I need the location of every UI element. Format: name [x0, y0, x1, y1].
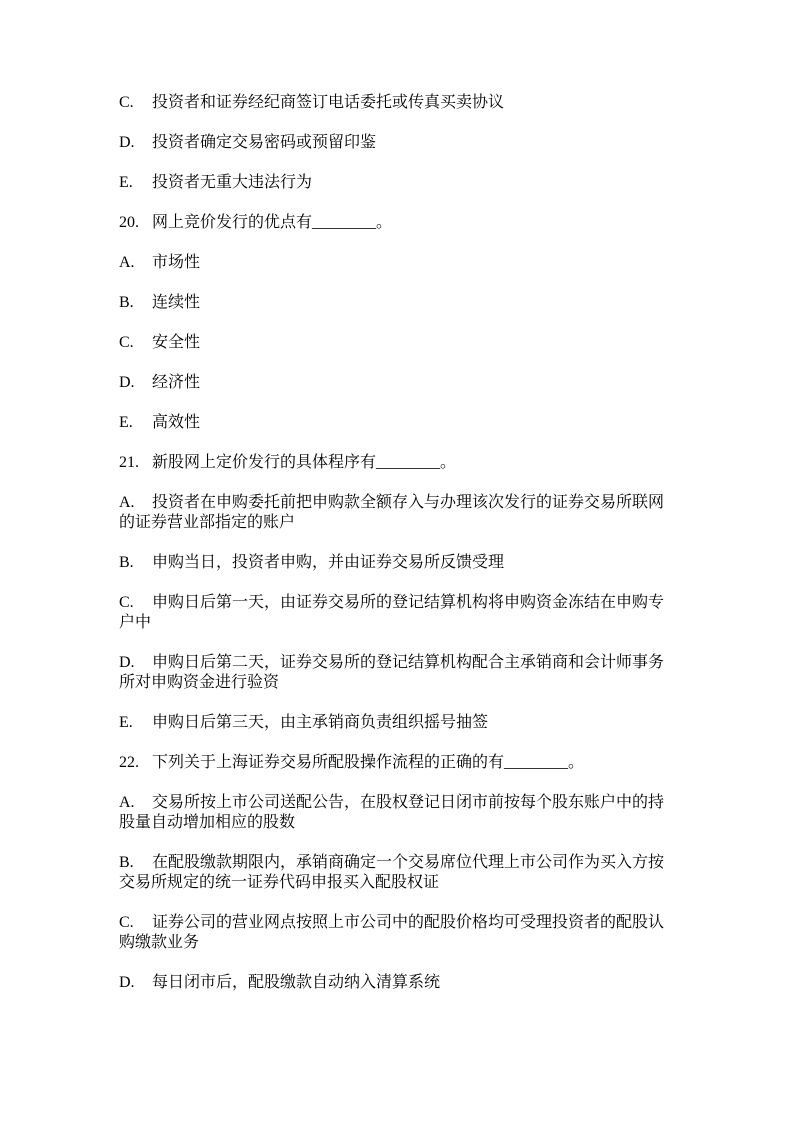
- option-label: D.: [119, 133, 152, 153]
- option-label: E.: [119, 173, 152, 193]
- option-label: C.: [119, 593, 152, 613]
- option-text: 申购日后第二天，证券交易所的登记结算机构配合主承销商和会计师事务所对申购资金进行…: [119, 654, 664, 691]
- q20-option-d: D.经济性: [119, 373, 675, 393]
- q22-option-a: A.交易所按上市公司送配公告，在股权登记日闭市前按每个股东账户中的持股量自动增加…: [119, 793, 675, 833]
- q21-option-b: B.申购当日，投资者申购，并由证券交易所反馈受理: [119, 553, 675, 573]
- option-label: D.: [119, 653, 152, 673]
- option-label: E.: [119, 413, 152, 433]
- option-label: E.: [119, 713, 152, 733]
- option-text: 高效性: [152, 414, 200, 431]
- question-text: 下列关于上海证券交易所配股操作流程的正确的有________。: [152, 754, 584, 771]
- q19-option-e: E.投资者无重大违法行为: [119, 173, 675, 193]
- q21-option-d: D.申购日后第二天，证券交易所的登记结算机构配合主承销商和会计师事务所对申购资金…: [119, 653, 675, 693]
- option-text: 申购日后第一天，由证券交易所的登记结算机构将申购资金冻结在申购专户中: [119, 594, 664, 631]
- option-text: 安全性: [152, 334, 200, 351]
- q22-option-d: D.每日闭市后，配股缴款自动纳入清算系统: [119, 973, 675, 993]
- option-label: C.: [119, 93, 152, 113]
- question-number: 21.: [119, 453, 152, 473]
- option-text: 投资者在申购委托前把申购款全额存入与办理该次发行的证券交易所联网的证券营业部指定…: [119, 494, 664, 531]
- option-text: 经济性: [152, 374, 200, 391]
- option-label: C.: [119, 913, 152, 933]
- option-text: 每日闭市后，配股缴款自动纳入清算系统: [152, 974, 440, 991]
- option-text: 申购当日，投资者申购，并由证券交易所反馈受理: [152, 554, 504, 571]
- q20-option-c: C.安全性: [119, 333, 675, 353]
- option-label: D.: [119, 373, 152, 393]
- question-text: 新股网上定价发行的具体程序有________。: [152, 454, 456, 471]
- q20-option-e: E.高效性: [119, 413, 675, 433]
- option-text: 投资者和证券经纪商签订电话委托或传真买卖协议: [152, 94, 504, 111]
- option-label: A.: [119, 253, 152, 273]
- q19-option-d: D.投资者确定交易密码或预留印鉴: [119, 133, 675, 153]
- option-text: 连续性: [152, 294, 200, 311]
- q20-option-b: B.连续性: [119, 293, 675, 313]
- q21-option-e: E.申购日后第三天，由主承销商负责组织摇号抽签: [119, 713, 675, 733]
- option-label: B.: [119, 293, 152, 313]
- option-text: 在配股缴款期限内，承销商确定一个交易席位代理上市公司作为买入方按交易所规定的统一…: [119, 854, 664, 891]
- question-text: 网上竞价发行的优点有________。: [152, 214, 392, 231]
- option-label: A.: [119, 493, 152, 513]
- option-label: B.: [119, 853, 152, 873]
- option-label: C.: [119, 333, 152, 353]
- q22-question: 22.下列关于上海证券交易所配股操作流程的正确的有________。: [119, 753, 675, 773]
- q20-question: 20.网上竞价发行的优点有________。: [119, 213, 675, 233]
- option-text: 投资者确定交易密码或预留印鉴: [152, 134, 376, 151]
- document-body: C.投资者和证券经纪商签订电话委托或传真买卖协议 D.投资者确定交易密码或预留印…: [119, 93, 675, 1013]
- q21-option-a: A.投资者在申购委托前把申购款全额存入与办理该次发行的证券交易所联网的证券营业部…: [119, 493, 675, 533]
- option-text: 投资者无重大违法行为: [152, 174, 312, 191]
- option-label: B.: [119, 553, 152, 573]
- q19-option-c: C.投资者和证券经纪商签订电话委托或传真买卖协议: [119, 93, 675, 113]
- option-text: 市场性: [152, 254, 200, 271]
- option-label: A.: [119, 793, 152, 813]
- document-page: C.投资者和证券经纪商签订电话委托或传真买卖协议 D.投资者确定交易密码或预留印…: [0, 0, 794, 1123]
- question-number: 22.: [119, 753, 152, 773]
- question-number: 20.: [119, 213, 152, 233]
- option-text: 申购日后第三天，由主承销商负责组织摇号抽签: [152, 714, 488, 731]
- q20-option-a: A.市场性: [119, 253, 675, 273]
- option-text: 交易所按上市公司送配公告，在股权登记日闭市前按每个股东账户中的持股量自动增加相应…: [119, 794, 664, 831]
- option-label: D.: [119, 973, 152, 993]
- q21-question: 21.新股网上定价发行的具体程序有________。: [119, 453, 675, 473]
- q22-option-c: C.证券公司的营业网点按照上市公司中的配股价格均可受理投资者的配股认购缴款业务: [119, 913, 675, 953]
- option-text: 证券公司的营业网点按照上市公司中的配股价格均可受理投资者的配股认购缴款业务: [119, 914, 664, 951]
- q21-option-c: C.申购日后第一天，由证券交易所的登记结算机构将申购资金冻结在申购专户中: [119, 593, 675, 633]
- q22-option-b: B.在配股缴款期限内，承销商确定一个交易席位代理上市公司作为买入方按交易所规定的…: [119, 853, 675, 893]
